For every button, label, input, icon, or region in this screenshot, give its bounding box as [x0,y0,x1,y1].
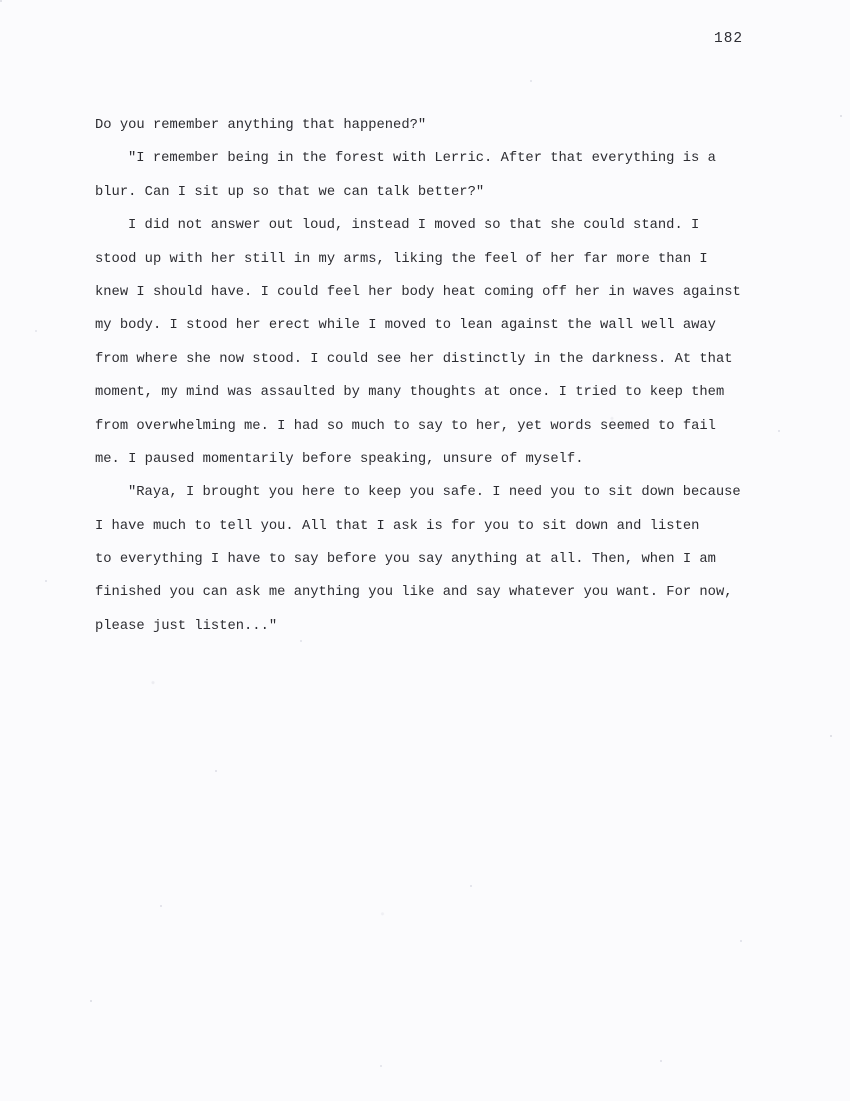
text-line: blur. Can I sit up so that we can talk b… [95,176,755,209]
text-line: stood up with her still in my arms, liki… [95,243,755,276]
text-line: my body. I stood her erect while I moved… [95,309,755,342]
text-line: from overwhelming me. I had so much to s… [95,410,755,443]
text-line: please just listen..." [95,610,755,643]
text-line: "I remember being in the forest with Ler… [95,142,755,175]
text-line: finished you can ask me anything you lik… [95,576,755,609]
body-text: Do you remember anything that happened?"… [95,109,755,643]
text-line: me. I paused momentarily before speaking… [95,443,755,476]
text-line: I have much to tell you. All that I ask … [95,510,755,543]
text-line: Do you remember anything that happened?" [95,109,755,142]
text-line: I did not answer out loud, instead I mov… [95,209,755,242]
text-line: from where she now stood. I could see he… [95,343,755,376]
text-line: to everything I have to say before you s… [95,543,755,576]
scan-noise [0,0,2,2]
page-number: 182 [714,31,743,47]
text-line: knew I should have. I could feel her bod… [95,276,755,309]
manuscript-page: 182 Do you remember anything that happen… [0,0,850,1101]
text-line: moment, my mind was assaulted by many th… [95,376,755,409]
text-line: "Raya, I brought you here to keep you sa… [95,476,755,509]
